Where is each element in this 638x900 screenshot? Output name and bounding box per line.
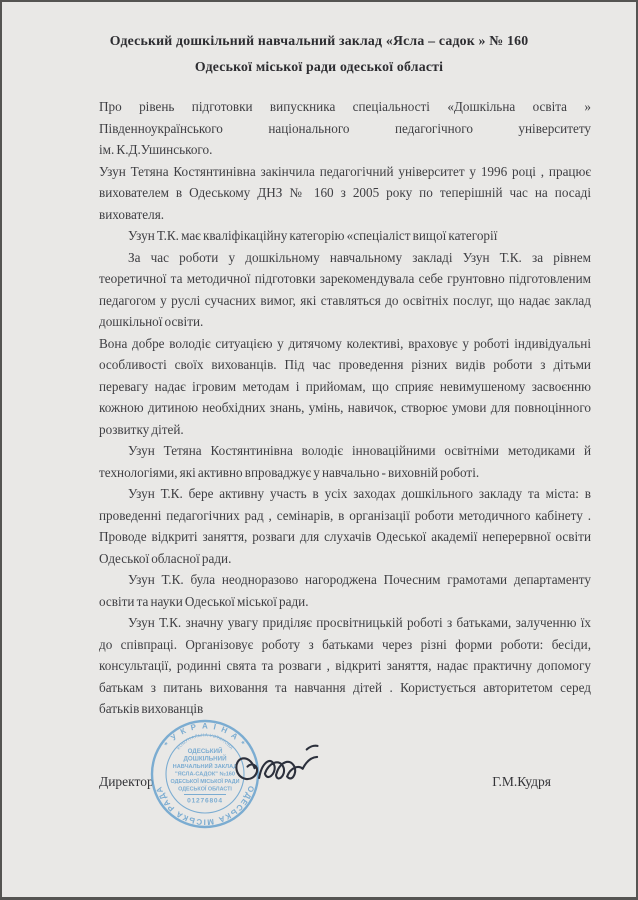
paragraph: Узун Т.К. була неодноразово нагороджена … (99, 569, 591, 612)
paragraph: Узун Тетяна Костянтинівна володіє іннова… (99, 440, 591, 483)
director-label: Директор (99, 774, 154, 790)
text-line: Узун Т.К. має кваліфікаційну категорію «… (99, 225, 591, 247)
text-line: Одеської обласної ради. (99, 548, 591, 570)
signature-scrawl-icon (226, 741, 329, 808)
text-line: Проводе відкриті заняття, розваги для сл… (99, 526, 591, 548)
paragraph: Про рівень підготовки випускника спеціал… (99, 96, 591, 161)
text-line: ім. К.Д.Ушинського. (99, 139, 591, 161)
text-line: проведенні педагогічних рад , семінарів,… (99, 505, 591, 527)
text-line: до співпраці. Організовує роботу з батьк… (99, 634, 591, 656)
text-line: За час роботи у дошкільному навчальному … (99, 247, 591, 269)
text-line: Про рівень підготовки випускника спеціал… (99, 96, 591, 118)
paragraph: Узун Т.К. бере активну участь в усіх зах… (99, 483, 591, 569)
text-line: педагогом у руслі сучасних вимог, які ст… (99, 290, 591, 312)
text-line: розвитку дітей. (99, 419, 591, 441)
text-line: освіти та науки Одеської міської ради. (99, 591, 591, 613)
text-line: Узун Тетяна Костянтинівна володіє іннова… (99, 440, 591, 462)
text-line: Південноукраїнського національного педаг… (99, 118, 591, 140)
text-line: кожною дитиною необхідних знань, умінь, … (99, 397, 591, 419)
paragraph: Вона добре володіє ситуацією у дитячому … (99, 333, 591, 441)
text-line: дошкільної освіти. (99, 311, 591, 333)
text-line: перевагу надає ігровим методам і прийома… (99, 376, 591, 398)
paragraph: Узун Т.К. має кваліфікаційну категорію «… (99, 225, 591, 247)
stamp-center-line: ОДЕСЬКОЇ ОБЛАСТІ (178, 786, 232, 793)
text-line: особливості своїх вихованців. Під час пр… (99, 354, 591, 376)
text-line: Вона добре володіє ситуацією у дитячому … (99, 333, 591, 355)
org-name-line1: Одеський дошкільний навчальний заклад «Я… (2, 28, 636, 54)
text-line: теоретичної та методичної підготовки зар… (99, 268, 591, 290)
text-line: вихователя. (99, 204, 591, 226)
paragraph: Узун Т.К. значну увагу приділяє просвітн… (99, 612, 591, 720)
director-name: Г.М.Кудря (492, 774, 551, 790)
text-line: технологіями, які активно впроваджує у н… (99, 462, 591, 484)
text-line: батькам з питань виховання та навчання д… (99, 677, 591, 699)
text-line: вихователем в Одеському ДНЗ № 160 з 2005… (99, 182, 591, 204)
text-line: Узун Тетяна Костянтинівна закінчила педа… (99, 161, 591, 183)
paragraph: За час роботи у дошкільному навчальному … (99, 247, 591, 333)
stamp-center-line: ДОШКІЛЬНИЙ (183, 755, 227, 763)
document-body: Про рівень підготовки випускника спеціал… (99, 96, 591, 720)
scanned-document-page: Одеський дошкільний навчальний заклад «Я… (0, 0, 638, 900)
text-line: консультації, родинні свята та розваги ,… (99, 655, 591, 677)
stamp-registration-code: 01276804 (187, 798, 223, 805)
stamp-center-line: "ЯСЛА-САДОК" №160 (175, 772, 235, 778)
paragraph: Узун Тетяна Костянтинівна закінчила педа… (99, 161, 591, 226)
text-line: Узун Т.К. значну увагу приділяє просвітн… (99, 612, 591, 634)
text-line: Узун Т.К. була неодноразово нагороджена … (99, 569, 591, 591)
text-line: Узун Т.К. бере активну участь в усіх зах… (99, 483, 591, 505)
stamp-center-line: ОДЕСЬКИЙ (188, 747, 223, 755)
document-header: Одеський дошкільний навчальний заклад «Я… (2, 28, 636, 80)
org-name-line2: Одеської міської ради одеської області (2, 54, 636, 80)
